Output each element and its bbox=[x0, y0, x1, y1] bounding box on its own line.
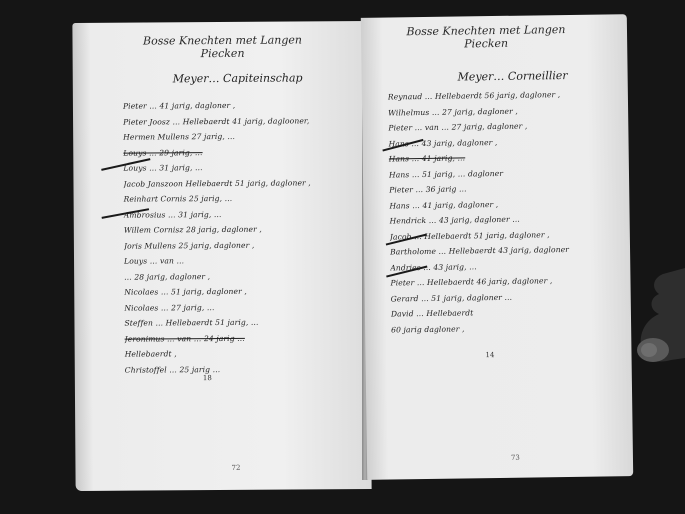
list-item: 60 jarig dagloner , bbox=[391, 319, 627, 338]
list-item: Louys … 31 jarig, … bbox=[123, 159, 363, 176]
header-line-2: Piecken bbox=[401, 36, 571, 51]
header-line-1: Bosse Knechten met Langen bbox=[132, 33, 312, 47]
list-item: Christoffel … 25 jarig … bbox=[125, 361, 365, 378]
list-item: Pieter Joosz … Hellebaerdt 41 jarig, dag… bbox=[123, 113, 363, 130]
left-page-header: Bosse Knechten met Langen Piecken bbox=[132, 33, 312, 60]
list-item: Hellebaerdt , bbox=[125, 345, 365, 362]
list-item: Jeronimus … van … 24 jarig … bbox=[125, 330, 365, 347]
list-item: Joris Mullens 25 jarig, dagloner , bbox=[124, 237, 364, 254]
list-item: Louys … van … bbox=[124, 252, 364, 269]
page-tally: 14 bbox=[485, 351, 494, 359]
list-item: … 28 jarig, dagloner , bbox=[124, 268, 364, 285]
right-page: Bosse Knechten met Langen Piecken Meyer…… bbox=[361, 14, 633, 480]
list-item: Nicolaes … 51 jarig, dagloner , bbox=[124, 283, 364, 300]
list-item: Reinhart Cornis 25 jarig, … bbox=[124, 190, 364, 207]
open-book: Bosse Knechten met Langen Piecken Meyer…… bbox=[0, 0, 685, 514]
right-entry-list: Reynaud … Hellebaerdt 56 jarig, dagloner… bbox=[388, 86, 627, 337]
list-item: Willem Cornisz 28 jarig, dagloner , bbox=[124, 221, 364, 238]
header-line-1: Bosse Knechten met Langen bbox=[401, 23, 571, 38]
right-page-header: Bosse Knechten met Langen Piecken bbox=[401, 23, 571, 51]
page-tally: 18 bbox=[203, 374, 212, 382]
left-entry-list: Pieter … 41 jarig, dagloner , Pieter Joo… bbox=[123, 97, 365, 378]
list-item: Louys … 29 jarig, … bbox=[123, 144, 363, 161]
folio-number: 72 bbox=[231, 464, 240, 472]
header-line-2: Piecken bbox=[133, 46, 313, 60]
list-item: Ambrosius … 31 jarig, … bbox=[124, 206, 364, 223]
list-item: Nicolaes … 27 jarig, … bbox=[124, 299, 364, 316]
right-page-subheading: Meyer… Corneillier bbox=[458, 69, 568, 84]
left-page-subheading: Meyer… Capiteinschap bbox=[173, 71, 303, 85]
list-item: Pieter … 41 jarig, dagloner , bbox=[123, 97, 363, 114]
list-item: Jacob Janszoon Hellebaerdt 51 jarig, dag… bbox=[123, 175, 363, 192]
list-item: Steffen … Hellebaerdt 51 jarig, … bbox=[124, 314, 364, 331]
hand-holding-page bbox=[623, 268, 685, 378]
folio-number: 73 bbox=[511, 454, 520, 462]
list-item: Hermen Mullens 27 jarig, … bbox=[123, 128, 363, 145]
left-page: Bosse Knechten met Langen Piecken Meyer…… bbox=[72, 21, 371, 491]
